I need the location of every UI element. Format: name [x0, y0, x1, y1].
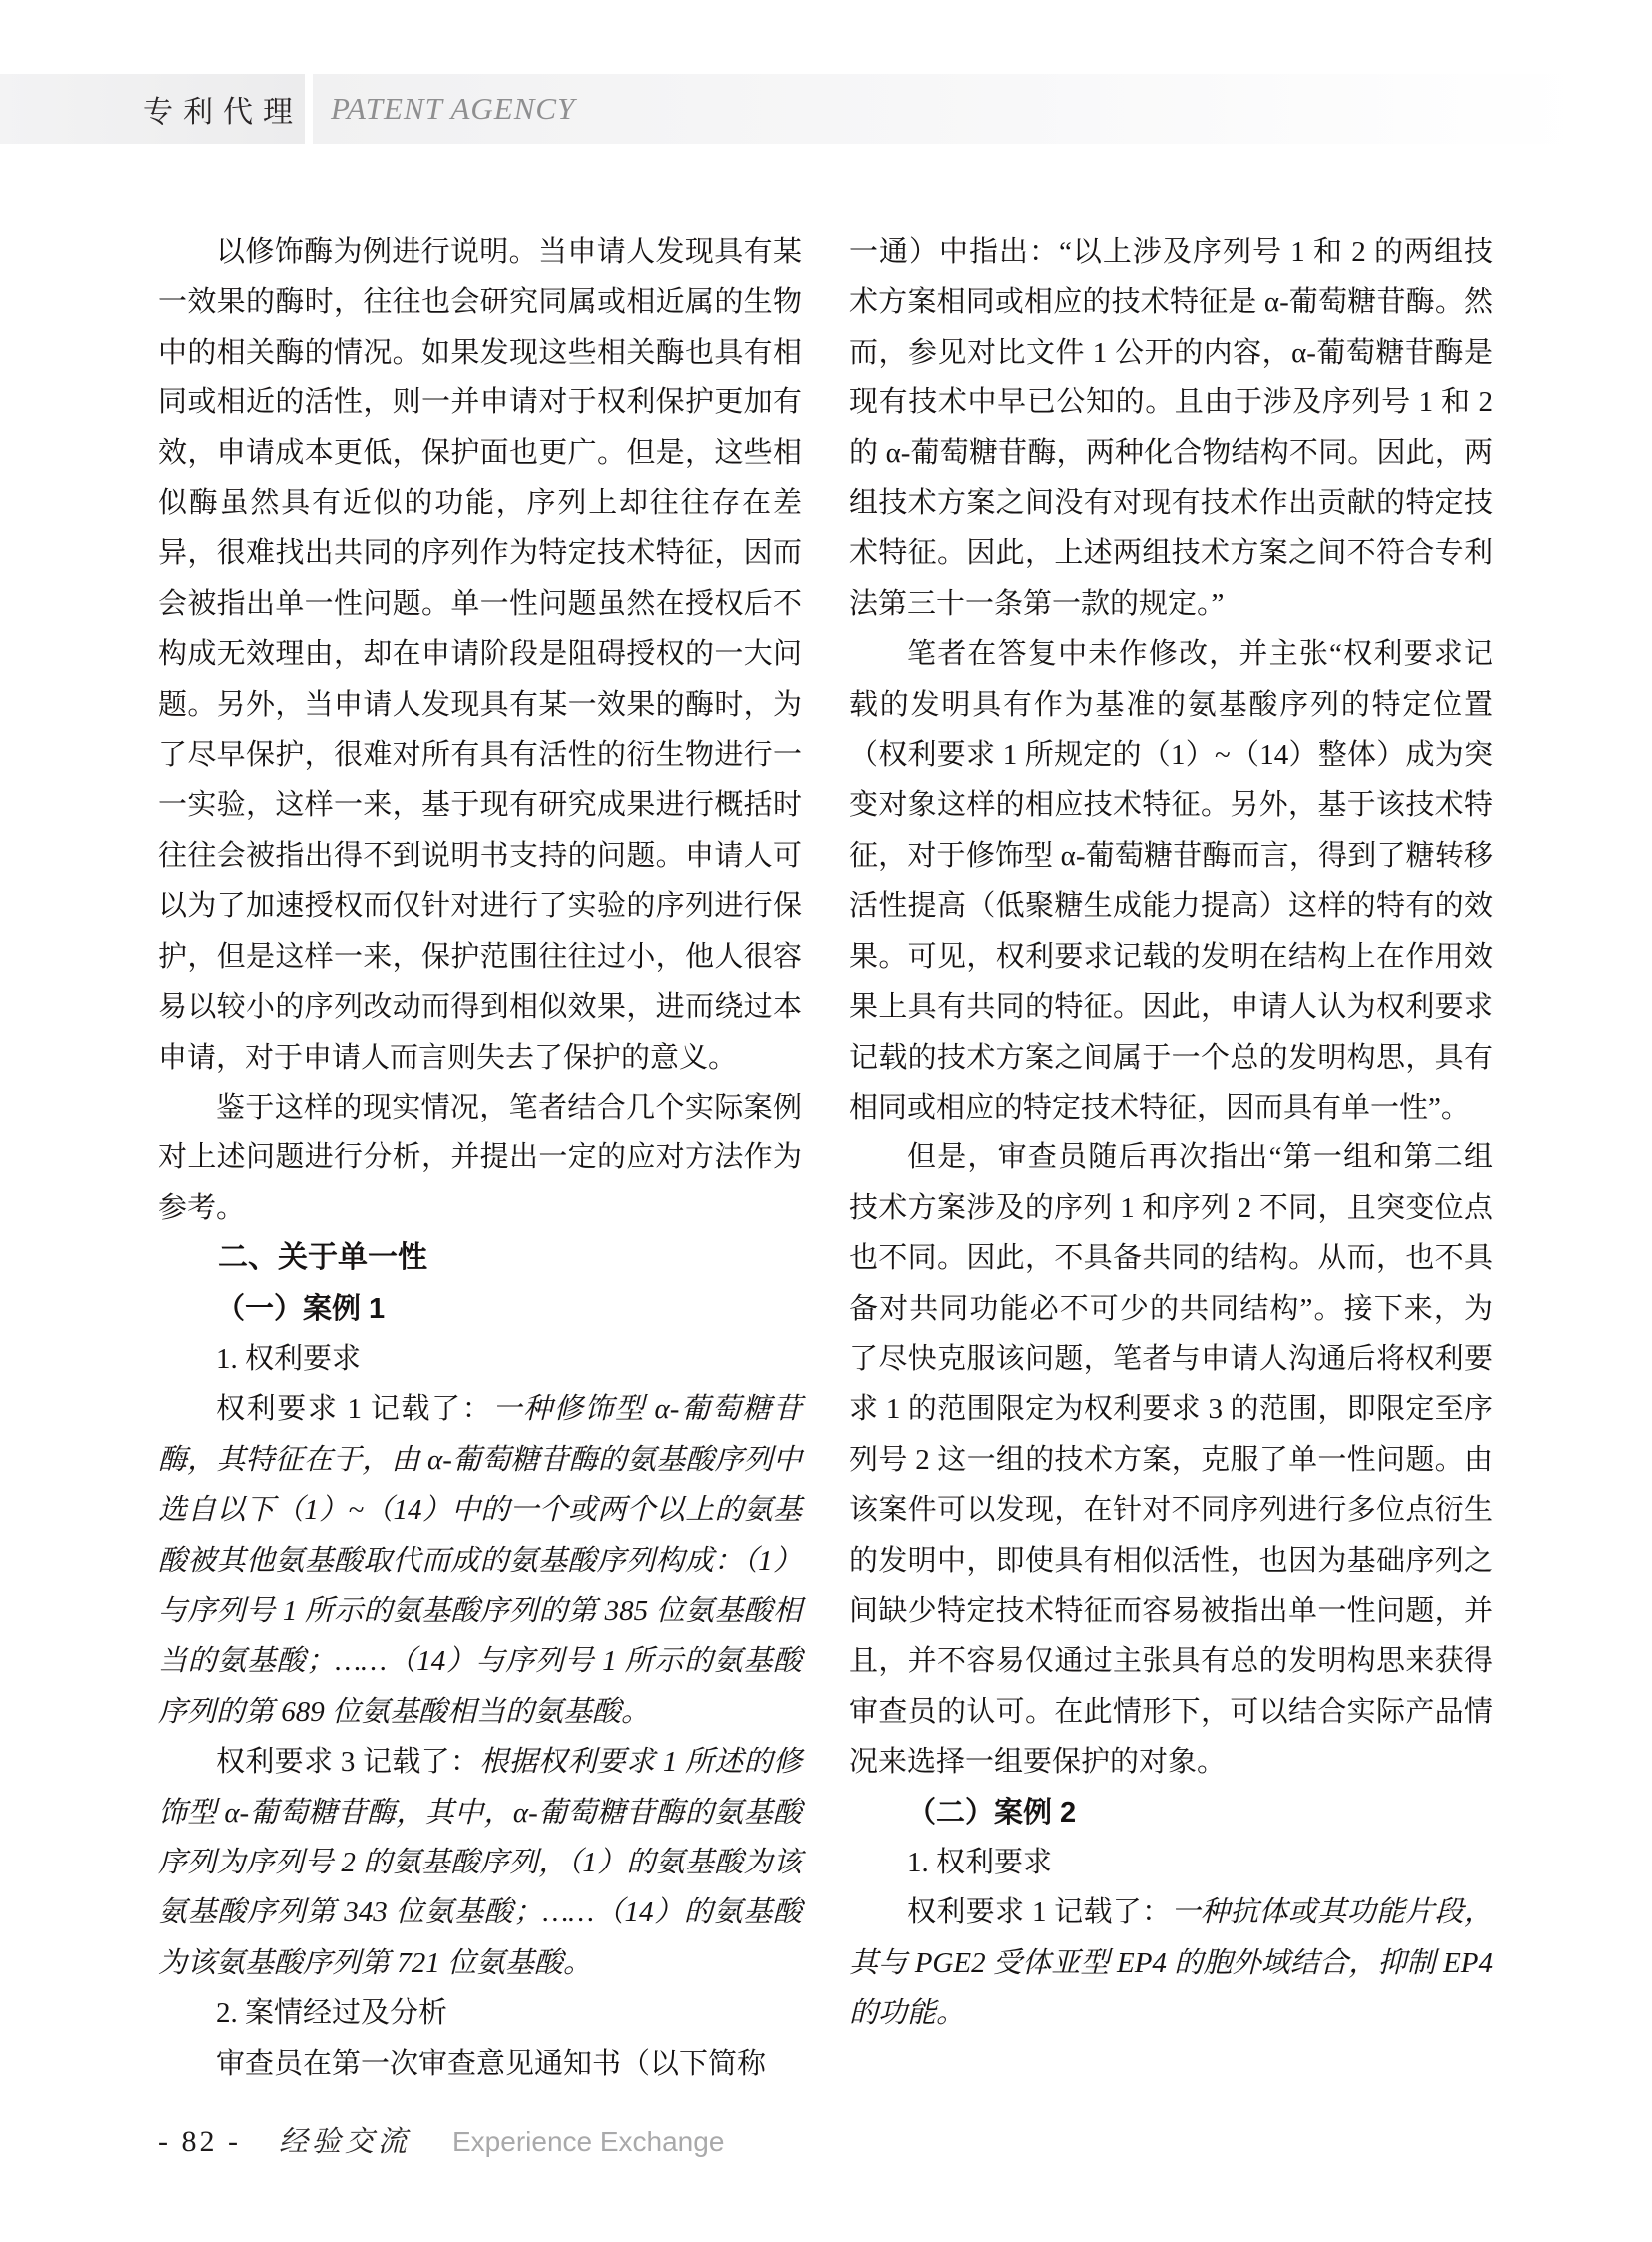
page-header: 专利代理 PATENT AGENCY [0, 74, 1652, 144]
left-column: 以修饰酶为例进行说明。当申请人发现具有某一效果的酶时，往往也会研究同属或相近属的… [158, 227, 802, 2089]
text-segment-normal: （一）案例 1 [216, 1293, 385, 1325]
page-number: - 82 - [158, 2125, 241, 2159]
text-segment-normal: 但是，审查员随后再次指出“第一组和第二组技术方案涉及的序列 1 和序列 2 不同… [849, 1141, 1493, 1778]
case1-claim1: 权利要求 1 记载了：一种修饰型 α-葡萄糖苷酶，其特征在于，由 α-葡萄糖苷酶… [158, 1384, 802, 1737]
section-heading-unity: 二、关于单一性 [158, 1233, 802, 1283]
text-segment-normal: 鉴于这样的现实情况，笔者结合几个实际案例对上述问题进行分析，并提出一定的应对方法… [158, 1092, 802, 1224]
right-column: 一通）中指出：“以上涉及序列号 1 和 2 的两组技术方案相同或相应的技术特征是… [849, 227, 1493, 2089]
text-segment-kai: 一种修饰型 α-葡萄糖苷酶，其特征在于，由 α-葡萄糖苷酶的氨基酸序列中选自以下… [158, 1393, 802, 1727]
case1-analysis-opening: 审查员在第一次审查意见通知书（以下简称 [158, 2039, 802, 2089]
case1-claims-heading: 1. 权利要求 [158, 1334, 802, 1384]
journal-page: 专利代理 PATENT AGENCY 以修饰酶为例进行说明。当申请人发现具有某一… [0, 0, 1652, 2242]
office-action-quote: 一通）中指出：“以上涉及序列号 1 和 2 的两组技术方案相同或相应的技术特征是… [849, 227, 1493, 629]
case2-heading: （二）案例 2 [849, 1788, 1493, 1838]
context-paragraph: 鉴于这样的现实情况，笔者结合几个实际案例对上述问题进行分析，并提出一定的应对方法… [158, 1083, 802, 1233]
intro-paragraph: 以修饰酶为例进行说明。当申请人发现具有某一效果的酶时，往往也会研究同属或相近属的… [158, 227, 802, 1083]
text-segment-normal: 审查员在第一次审查意见通知书（以下简称 [216, 2048, 766, 2080]
text-segment-normal: 笔者在答复中未作修改，并主张“权利要求记载的发明具有作为基准的氨基酸序列的特定位… [849, 638, 1493, 1123]
case1-claim3: 权利要求 3 记载了：根据权利要求 1 所述的修饰型 α-葡萄糖苷酶，其中，α-… [158, 1737, 802, 1988]
footer-section-title-en: Experience Exchange [452, 2126, 724, 2158]
text-segment-normal: 权利要求 3 记载了： [216, 1746, 479, 1778]
applicant-response: 笔者在答复中未作修改，并主张“权利要求记载的发明具有作为基准的氨基酸序列的特定位… [849, 629, 1493, 1132]
page-footer: - 82 - 经验交流 Experience Exchange [158, 2119, 724, 2160]
journal-section-title-en: PATENT AGENCY [313, 91, 575, 127]
text-segment-normal: 权利要求 1 记载了： [907, 1896, 1172, 1928]
examiner-second-opinion: 但是，审查员随后再次指出“第一组和第二组技术方案涉及的序列 1 和序列 2 不同… [849, 1132, 1493, 1787]
text-segment-kai: 根据权利要求 1 所述的修饰型 α-葡萄糖苷酶，其中，α-葡萄糖苷酶的氨基酸序列… [158, 1746, 802, 1979]
case1-heading: （一）案例 1 [158, 1284, 802, 1334]
text-segment-normal: 以修饰酶为例进行说明。当申请人发现具有某一效果的酶时，往往也会研究同属或相近属的… [158, 236, 802, 1074]
case2-claim1: 权利要求 1 记载了：一种抗体或其功能片段，其与 PGE2 受体亚型 EP4 的… [849, 1887, 1493, 2038]
text-segment-normal: 1. 权利要求 [216, 1343, 361, 1375]
case2-claims-heading: 1. 权利要求 [849, 1838, 1493, 1887]
footer-section-title-cn: 经验交流 [279, 2119, 411, 2160]
text-segment-normal: 一通）中指出：“以上涉及序列号 1 和 2 的两组技术方案相同或相应的技术特征是… [849, 236, 1493, 620]
header-cn-box: 专利代理 [0, 74, 305, 144]
text-segment-normal: 2. 案情经过及分析 [216, 1997, 447, 2029]
text-segment-normal: （二）案例 2 [907, 1797, 1076, 1829]
text-segment-normal: 二、关于单一性 [218, 1241, 427, 1274]
header-en-box: PATENT AGENCY [313, 74, 1652, 144]
case1-analysis-heading: 2. 案情经过及分析 [158, 1988, 802, 2038]
text-segment-normal: 权利要求 1 记载了： [216, 1393, 492, 1425]
article-body: 以修饰酶为例进行说明。当申请人发现具有某一效果的酶时，往往也会研究同属或相近属的… [158, 227, 1493, 2089]
text-segment-normal: 1. 权利要求 [907, 1847, 1052, 1878]
journal-section-title-cn: 专利代理 [143, 87, 305, 131]
